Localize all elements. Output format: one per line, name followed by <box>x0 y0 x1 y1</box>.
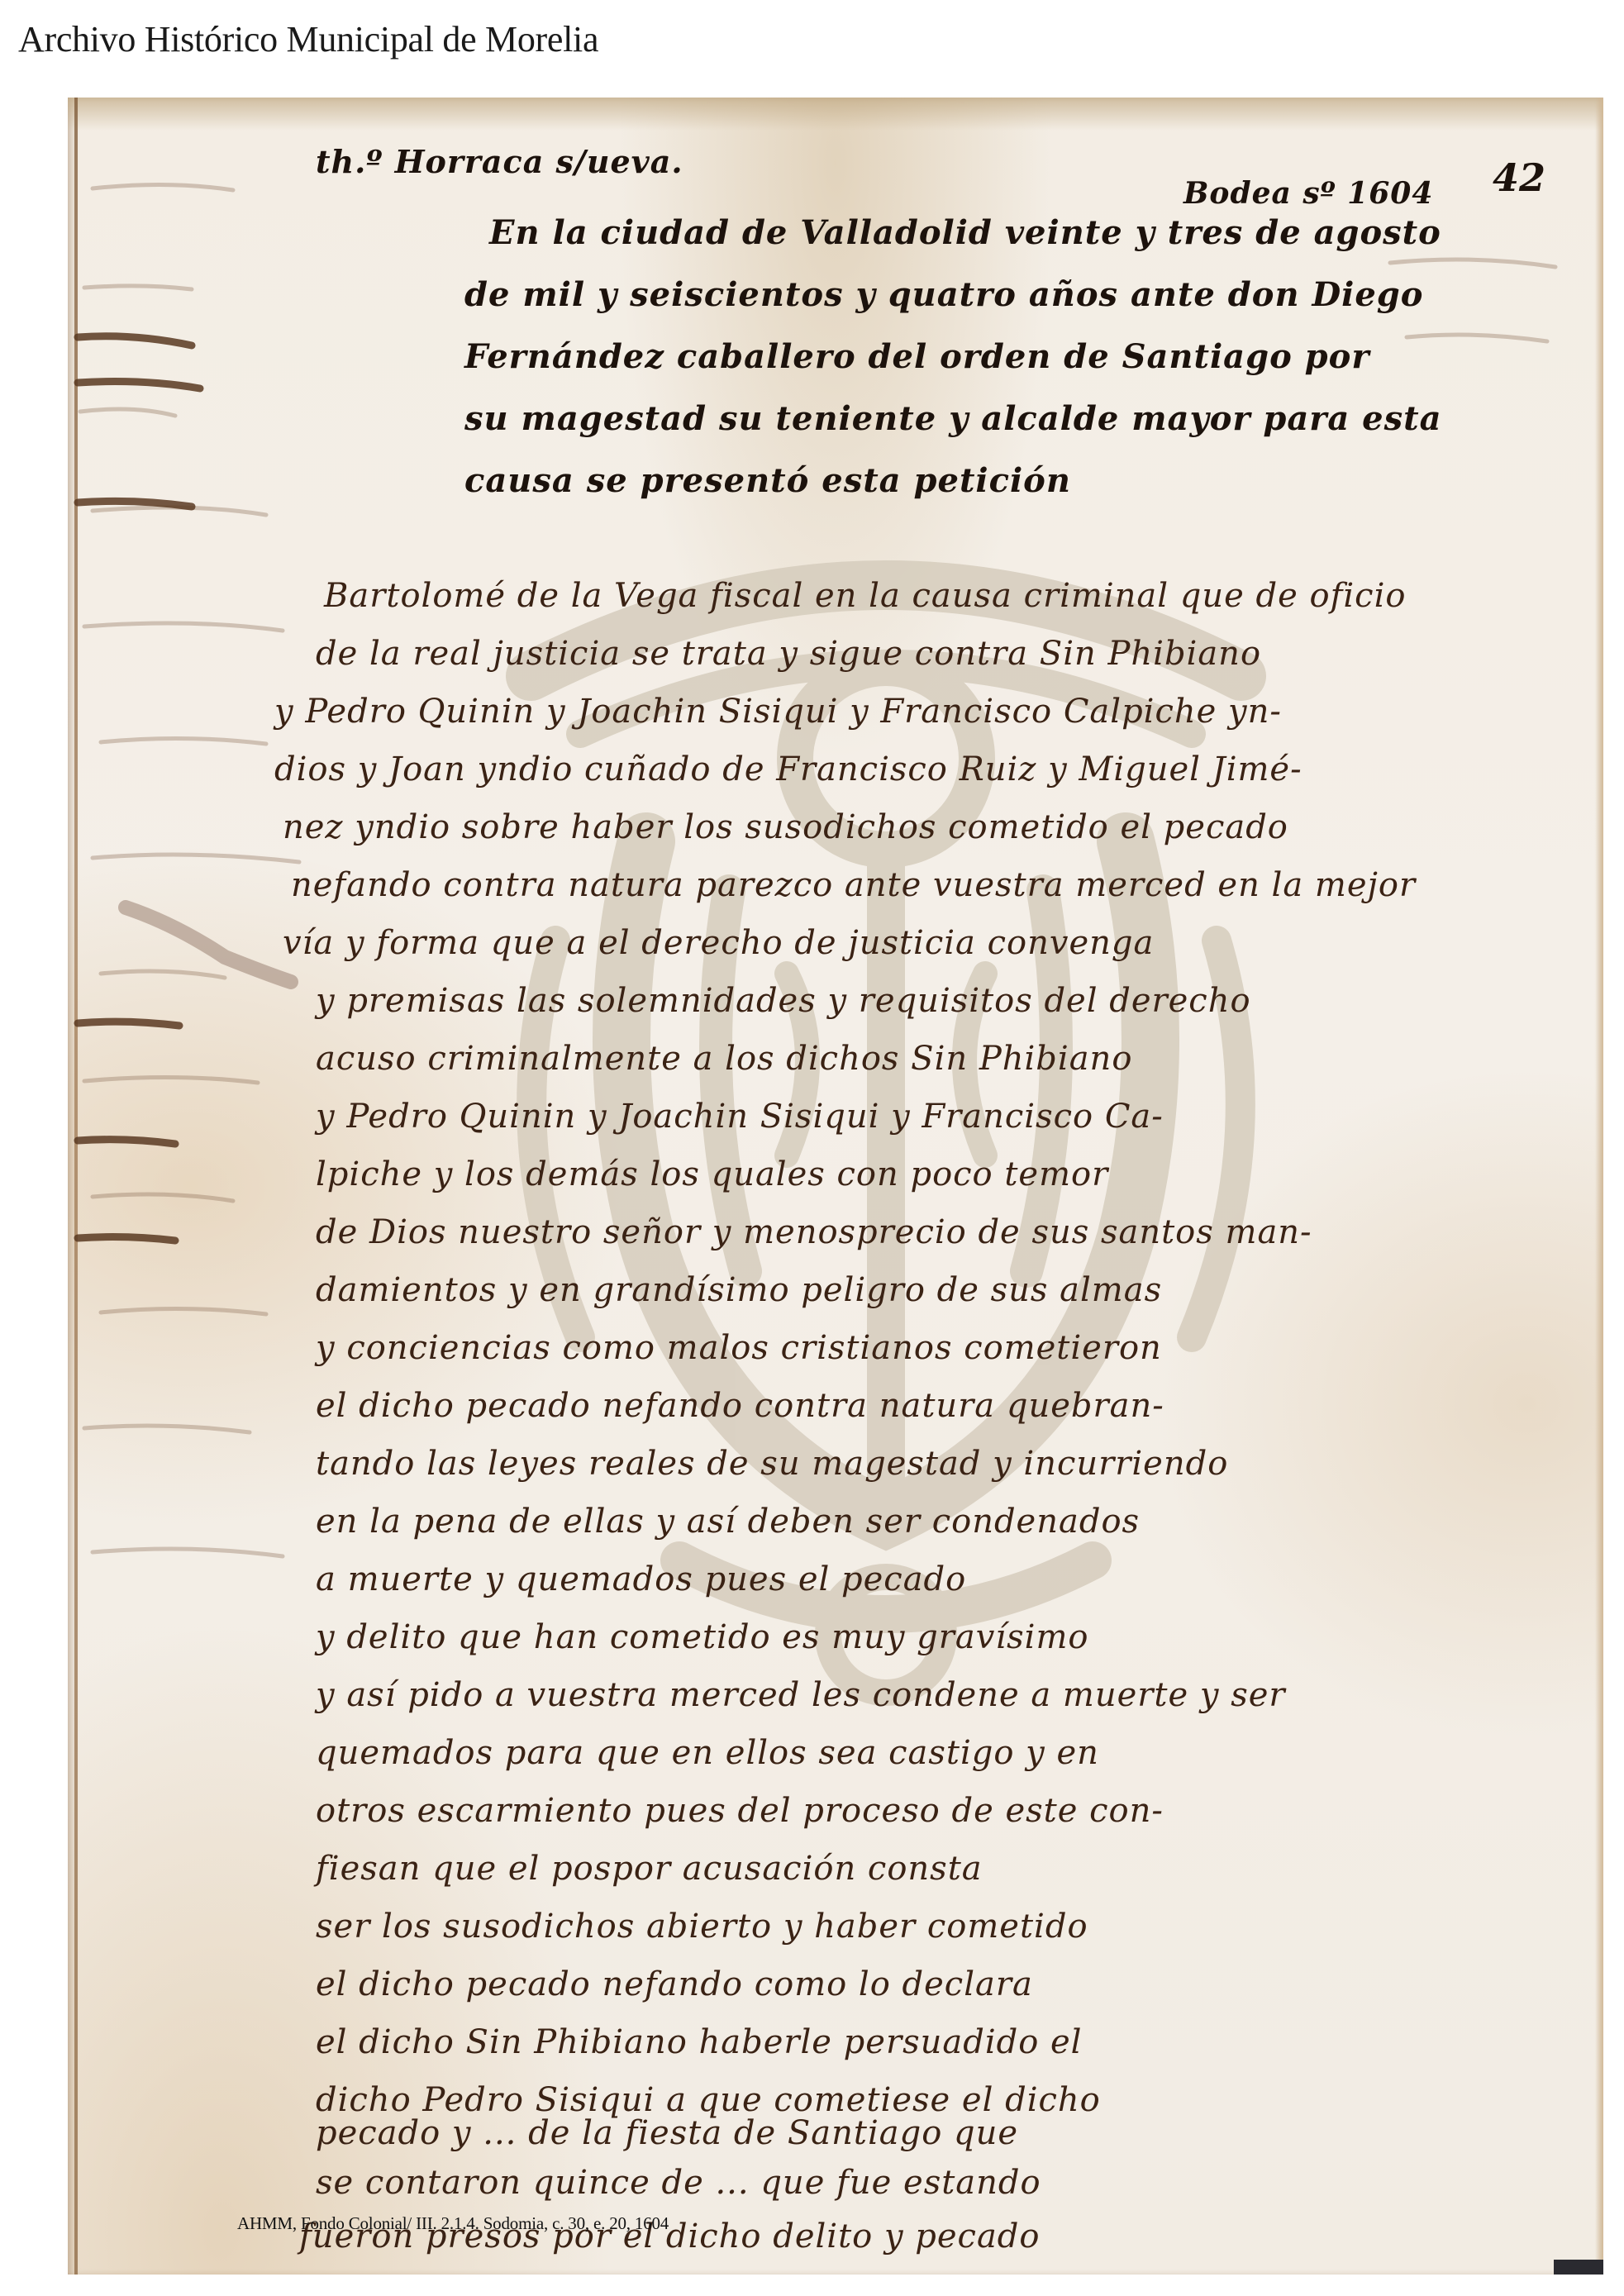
manuscript-text: th.º Horraca s/ueva. Bodea sº 1604 En la… <box>68 98 1603 2275</box>
manuscript-line: de la real justicia se trata y sigue con… <box>316 635 1261 673</box>
manuscript-line: su magestad su teniente y alcalde mayor … <box>464 399 1442 438</box>
manuscript-line: dios y Joan yndio cuñado de Francisco Ru… <box>274 750 1303 788</box>
manuscript-line: el dicho pecado nefando contra natura qu… <box>316 1387 1164 1425</box>
manuscript-line: de mil y seiscientos y quatro años ante … <box>464 275 1423 314</box>
manuscript-line: nez yndio sobre haber los susodichos com… <box>283 808 1288 846</box>
manuscript-line: pecado y ... de la fiesta de Santiago qu… <box>316 2114 1018 2152</box>
manuscript-line: de Dios nuestro señor y menosprecio de s… <box>316 1213 1312 1251</box>
manuscript-line: quemados para que en ellos sea castigo y… <box>316 1734 1099 1772</box>
manuscript-line: causa se presentó esta petición <box>464 461 1071 500</box>
manuscript-line: acuso criminalmente a los dichos Sin Phi… <box>316 1040 1132 1078</box>
manuscript-line: fiesan que el pospor acusación consta <box>316 1850 983 1888</box>
manuscript-line: En la ciudad de Valladolid veinte y tres… <box>489 213 1441 252</box>
manuscript-page: 42 th.º Horraca s/ueva. Bodea sº 1604 En… <box>68 98 1603 2275</box>
manuscript-line: en la pena de ellas y así deben ser cond… <box>316 1503 1140 1541</box>
manuscript-line: tando las leyes reales de su magestad y … <box>316 1445 1228 1483</box>
archival-citation: AHMM, Fondo Colonial/ III. 2.1.4. Sodomi… <box>237 2213 669 2234</box>
manuscript-line: damientos y en grandísimo peligro de sus… <box>316 1271 1162 1309</box>
manuscript-line: ser los susodichos abierto y haber comet… <box>316 1908 1088 1946</box>
manuscript-line: vía y forma que a el derecho de justicia… <box>283 924 1154 962</box>
manuscript-line: y delito que han cometido es muy gravísi… <box>316 1618 1088 1656</box>
manuscript-line: otros escarmiento pues del proceso de es… <box>316 1792 1164 1830</box>
manuscript-line: y Pedro Quinin y Joachin Sisiqui y Franc… <box>316 1098 1164 1136</box>
manuscript-line: Bartolomé de la Vega fiscal en la causa … <box>324 577 1406 615</box>
manuscript-line: Fernández caballero del orden de Santiag… <box>464 337 1369 376</box>
heading-left: th.º Horraca s/ueva. <box>316 143 683 180</box>
manuscript-line: a muerte y quemados pues el pecado <box>316 1560 966 1598</box>
manuscript-line: lpiche y los demás los quales con poco t… <box>316 1155 1108 1193</box>
heading-right: Bodea sº 1604 <box>1183 176 1433 211</box>
manuscript-line: el dicho pecado nefando como lo declara <box>316 1965 1033 2003</box>
archive-title: Archivo Histórico Municipal de Morelia <box>18 18 598 60</box>
manuscript-line: y así pido a vuestra merced les condene … <box>316 1676 1286 1714</box>
manuscript-line: se contaron quince de ... que fue estand… <box>316 2164 1041 2202</box>
manuscript-line: y Pedro Quinin y Joachin Sisiqui y Franc… <box>274 693 1282 731</box>
manuscript-line: y conciencias como malos cristianos come… <box>316 1329 1162 1367</box>
manuscript-line: y premisas las solemnidades y requisitos… <box>316 982 1251 1020</box>
manuscript-line: el dicho Sin Phibiano haberle persuadido… <box>316 2023 1082 2061</box>
manuscript-line: nefando contra natura parezco ante vuest… <box>291 866 1416 904</box>
